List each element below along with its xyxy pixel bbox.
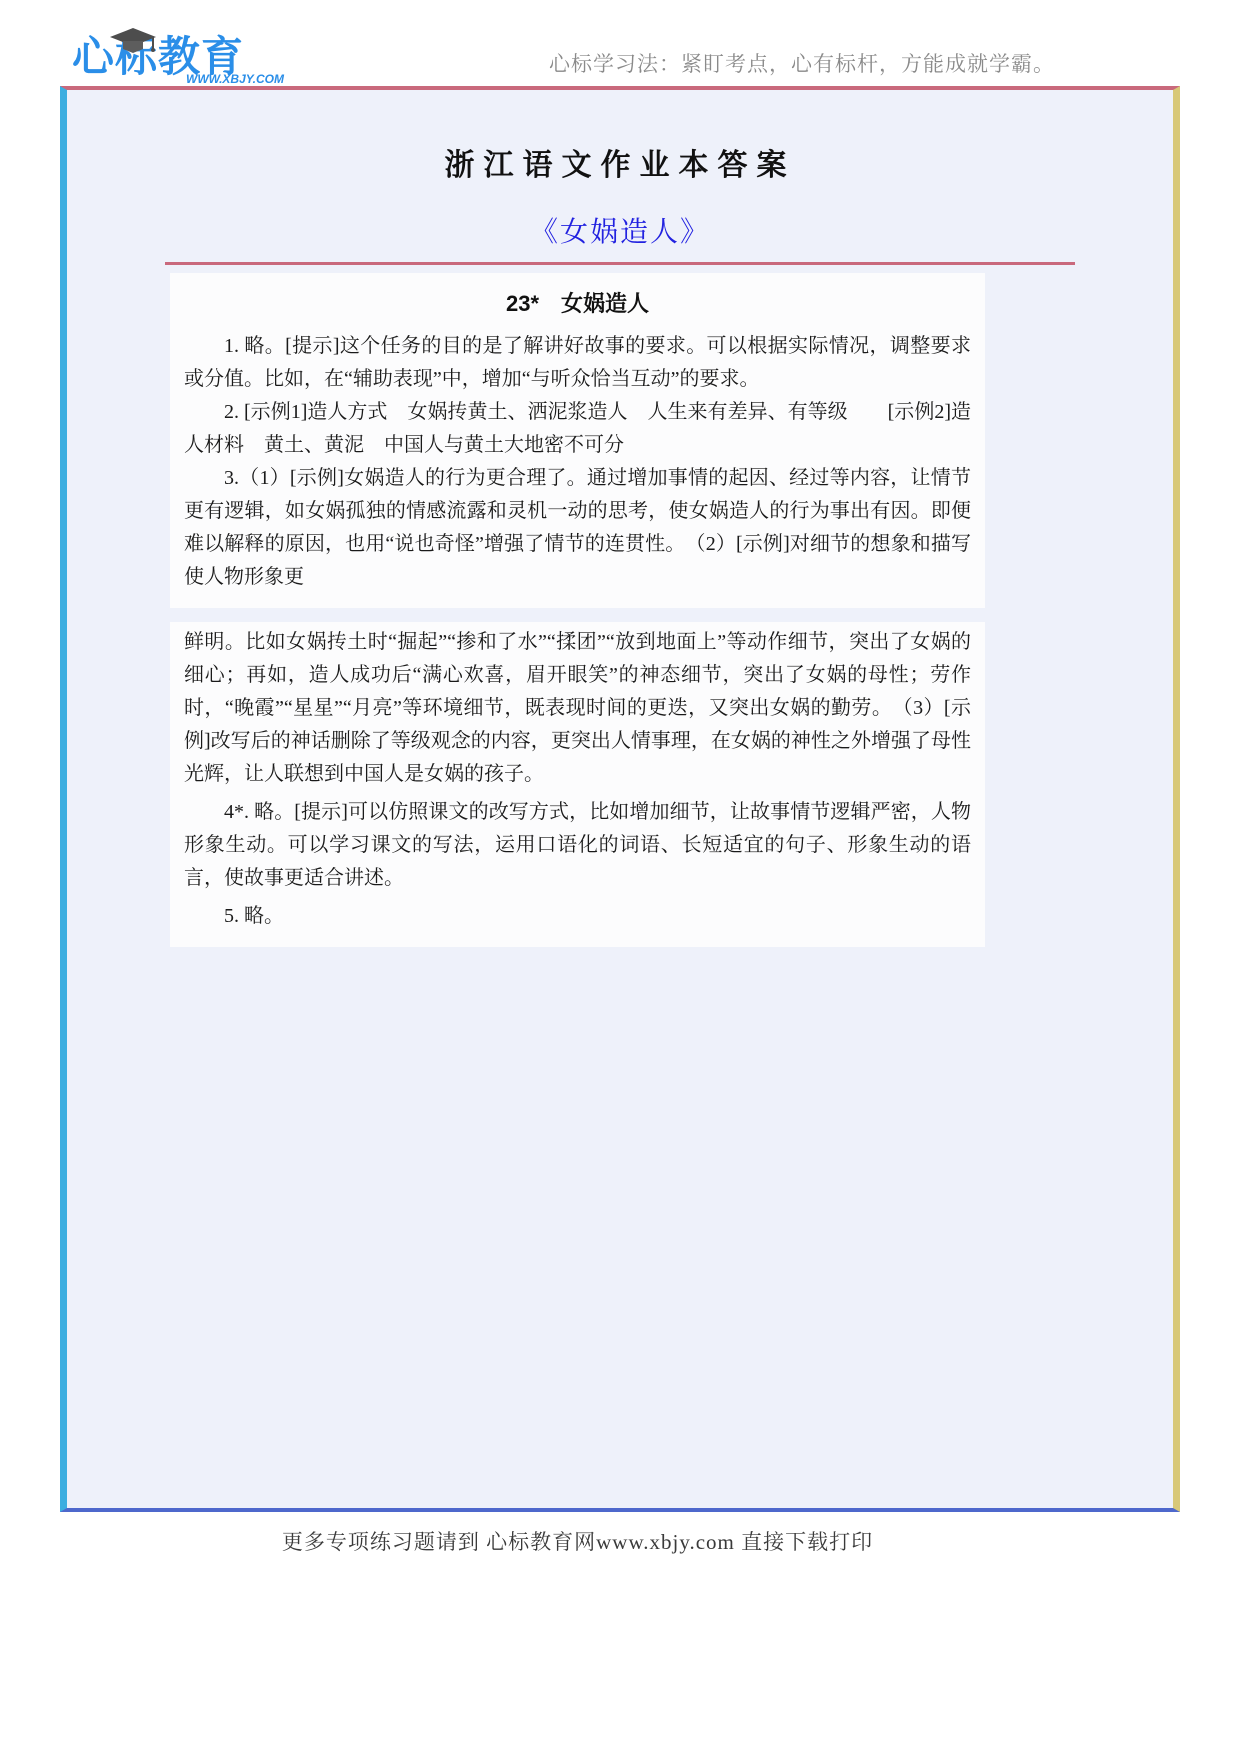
- answer-paragraph: 1. 略。[提示]这个任务的目的是了解讲好故事的要求。可以根据实际情况，调整要求…: [184, 330, 971, 396]
- title-underline: [165, 262, 1075, 265]
- answer-paragraph: 3.（1）[示例]女娲造人的行为更合理了。通过增加事情的起因、经过等内容，让情节…: [184, 462, 971, 594]
- site-logo: 心标教育 WWW.XBJY.COM: [72, 34, 272, 86]
- content-frame: 浙江语文作业本答案 《女娲造人》 23* 女娲造人 1. 略。[提示]这个任务的…: [60, 86, 1180, 1512]
- page-subtitle: 《女娲造人》: [67, 210, 1173, 250]
- lesson-heading: 23* 女娲造人: [184, 287, 971, 318]
- page-footer: 更多专项练习题请到 心标教育网www.xbjy.com 直接下载打印: [170, 1526, 985, 1556]
- answer-paragraph: 4*. 略。[提示]可以仿照课文的改写方式，比如增加细节，让故事情节逻辑严密，人…: [184, 796, 971, 895]
- document-page: { "colors": { "logo_blue": "#2a8ee8", "s…: [0, 0, 1240, 1754]
- header-slogan: 心标学习法：紧盯考点，心有标杆，方能成就学霸。: [549, 48, 1055, 78]
- answer-paragraph: 5. 略。: [184, 900, 971, 933]
- answer-box-2: 鲜明。比如女娲抟土时“掘起”“掺和了水”“揉团”“放到地面上”等动作细节，突出了…: [170, 622, 985, 947]
- page-title: 浙江语文作业本答案: [67, 140, 1173, 184]
- graduation-cap-icon: [110, 28, 156, 54]
- answer-box-1: 23* 女娲造人 1. 略。[提示]这个任务的目的是了解讲好故事的要求。可以根据…: [170, 273, 985, 608]
- page-header: 心标教育 WWW.XBJY.COM 心标学习法：紧盯考点，心有标杆，方能成就学霸…: [0, 0, 1240, 86]
- answer-paragraph: 2. [示例1]造人方式 女娲抟黄土、洒泥浆造人 人生来有差异、有等级 [示例2…: [184, 396, 971, 462]
- answer-paragraph: 鲜明。比如女娲抟土时“掘起”“掺和了水”“揉团”“放到地面上”等动作细节，突出了…: [184, 626, 971, 791]
